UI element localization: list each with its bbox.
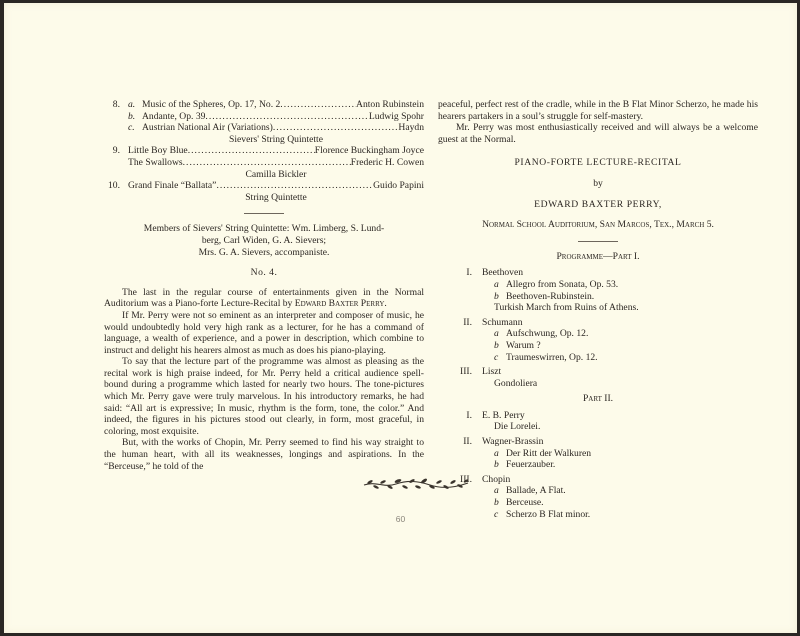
article-paragraph: If Mr. Perry were not so eminent as an i… <box>104 310 424 356</box>
programme-item: aAufschwung, Op. 12. <box>438 328 758 340</box>
dot-leader <box>205 111 368 123</box>
part-2-heading: Part II. <box>438 393 758 405</box>
item-letter: b <box>494 459 499 471</box>
entry-number: 8. <box>104 99 120 111</box>
item-letter: a <box>494 448 499 460</box>
item-letter: b <box>494 340 499 352</box>
programme-item: bBeethoven-Rubinstein. <box>438 291 758 303</box>
roman-numeral: III. <box>438 366 472 378</box>
entry-line: Andante, Op. 39Ludwig Spohr <box>128 111 424 123</box>
item-letter: a <box>494 485 499 497</box>
item-title: Warum ? <box>494 340 541 351</box>
item-title: Feuerzauber. <box>494 459 555 470</box>
programme-item: bWarum ? <box>438 340 758 352</box>
leafy-vine-ornament-icon <box>362 477 470 491</box>
entry-letter: a. <box>128 99 135 111</box>
dot-leader <box>183 157 351 169</box>
article-paragraph: The last in the regular course of entert… <box>104 287 424 310</box>
roman-numeral: I. <box>438 410 472 422</box>
entry-letter: c. <box>128 122 135 134</box>
dot-leader <box>280 99 356 111</box>
article-body: The last in the regular course of entert… <box>104 287 424 473</box>
program-entry: 9.Little Boy BlueFlorence Buckingham Joy… <box>104 145 424 157</box>
roman-numeral: II. <box>438 317 472 329</box>
performer-name: Camilla Bickler <box>104 169 424 181</box>
composer-name: Beethoven <box>438 267 758 279</box>
program-entry: b.Andante, Op. 39Ludwig Spohr <box>104 111 424 123</box>
piece-composer: Anton Rubinstein <box>356 99 424 111</box>
page-number: 60 <box>4 514 797 524</box>
right-column: peaceful, perfect rest of the cradle, wh… <box>438 99 758 523</box>
recital-by: by <box>438 178 758 190</box>
programme-item: cTraumeswirren, Op. 12. <box>438 352 758 364</box>
programme-group: III.LisztGondoliera <box>438 366 758 389</box>
article-paragraph: To say that the lecture part of the prog… <box>104 356 424 437</box>
entry-line: Austrian National Air (Variations)Haydn <box>128 122 424 134</box>
concert-program-list: 8.a.Music of the Spheres, Op. 17, No. 2A… <box>104 99 424 203</box>
item-letter: a <box>494 328 499 340</box>
entry-letter: b. <box>128 111 135 123</box>
programme-part-1: I.BeethovenaAllegro from Sonata, Op. 53.… <box>438 267 758 389</box>
article-continuation: peaceful, perfect rest of the cradle, wh… <box>438 99 758 145</box>
roman-numeral: I. <box>438 267 472 279</box>
left-column: 8.a.Music of the Spheres, Op. 17, No. 2A… <box>104 99 424 472</box>
article-paragraph: But, with the works of Chopin, Mr. Perry… <box>104 437 424 472</box>
programme-group: I.E. B. PerryDie Lorelei. <box>438 410 758 433</box>
piece-title: Andante, Op. 39 <box>142 111 205 123</box>
item-title: Der Ritt der Walkuren <box>494 448 591 459</box>
performer-name: Sievers' String Quintette <box>104 134 424 146</box>
composer-name: Chopin <box>438 474 758 486</box>
program-entry: c.Austrian National Air (Variations)Hayd… <box>104 122 424 134</box>
composer-name: Schumann <box>438 317 758 329</box>
recital-title: PIANO-FORTE LECTURE-RECITAL <box>438 157 758 169</box>
divider-rule <box>578 241 618 242</box>
piece-title: Austrian National Air (Variations) <box>142 122 273 134</box>
piece-composer: Ludwig Spohr <box>369 111 424 123</box>
entry-line: Grand Finale “Ballata”Guido Papini <box>128 180 424 192</box>
piece-composer: Frederic H. Cowen <box>351 157 424 169</box>
item-title: Turkish March from Ruins of Athens. <box>438 302 758 314</box>
book-page: 8.a.Music of the Spheres, Op. 17, No. 2A… <box>4 3 797 633</box>
divider-rule <box>244 213 284 214</box>
performer-name: String Quintette <box>104 192 424 204</box>
item-title: Traumeswirren, Op. 12. <box>494 352 598 363</box>
programme-part-2: I.E. B. PerryDie Lorelei.II.Wagner-Brass… <box>438 410 758 520</box>
person-name: Edward Baxter Perry <box>295 298 385 309</box>
dot-leader <box>216 180 373 192</box>
program-entry: The SwallowsFrederic H. Cowen <box>104 157 424 169</box>
members-line-3: Mrs. G. A. Sievers, accompaniste. <box>104 247 424 259</box>
part-1-heading: Programme—Part I. <box>438 251 758 263</box>
composer-name: Liszt <box>438 366 758 378</box>
programme-item: bFeuerzauber. <box>438 459 758 471</box>
entry-number: 9. <box>104 145 120 157</box>
item-title: Aufschwung, Op. 12. <box>494 328 588 339</box>
dot-leader <box>188 145 315 157</box>
item-title: Gondoliera <box>438 378 758 390</box>
members-line-2: berg, Carl Widen, G. A. Sievers; <box>104 235 424 247</box>
item-letter: b <box>494 291 499 303</box>
section-heading: No. 4. <box>104 267 424 279</box>
piece-composer: Haydn <box>398 122 424 134</box>
performer-name: EDWARD BAXTER PERRY, <box>438 199 758 211</box>
members-line-1: Members of Sievers' String Quintette: Wm… <box>104 223 424 235</box>
dot-leader <box>273 122 399 134</box>
piece-title: Grand Finale “Ballata” <box>128 180 216 192</box>
composer-name: Wagner-Brassin <box>438 436 758 448</box>
programme-group: II.SchumannaAufschwung, Op. 12.bWarum ?c… <box>438 317 758 363</box>
item-title: Berceuse. <box>494 497 544 508</box>
piece-composer: Guido Papini <box>373 180 424 192</box>
programme-group: II.Wagner-BrassinaDer Ritt der Walkurenb… <box>438 436 758 471</box>
piece-title: The Swallows <box>128 157 183 169</box>
item-letter: b <box>494 497 499 509</box>
item-title: Allegro from Sonata, Op. 53. <box>494 279 618 290</box>
programme-item: aAllegro from Sonata, Op. 53. <box>438 279 758 291</box>
continuation-paragraph: peaceful, perfect rest of the cradle, wh… <box>438 99 758 122</box>
item-title: Beethoven-Rubinstein. <box>494 291 594 302</box>
entry-number: 10. <box>104 180 120 192</box>
piece-composer: Florence Buckingham Joyce <box>315 145 424 157</box>
entry-line: Little Boy BlueFlorence Buckingham Joyce <box>128 145 424 157</box>
programme-item: aDer Ritt der Walkuren <box>438 448 758 460</box>
item-letter: c <box>494 352 498 364</box>
item-title: Die Lorelei. <box>438 421 758 433</box>
entry-line: The SwallowsFrederic H. Cowen <box>128 157 424 169</box>
item-letter: a <box>494 279 499 291</box>
programme-item: aBallade, A Flat. <box>438 485 758 497</box>
roman-numeral: II. <box>438 436 472 448</box>
entry-line: Music of the Spheres, Op. 17, No. 2Anton… <box>128 99 424 111</box>
program-entry: 10.Grand Finale “Ballata”Guido Papini <box>104 180 424 192</box>
closing-paragraph: Mr. Perry was most enthusiastically rece… <box>438 122 758 145</box>
venue-line: Normal School Auditorium, San Marcos, Te… <box>438 219 758 231</box>
quintette-members: Members of Sievers' String Quintette: Wm… <box>104 223 424 258</box>
piece-title: Little Boy Blue <box>128 145 188 157</box>
program-entry: 8.a.Music of the Spheres, Op. 17, No. 2A… <box>104 99 424 111</box>
composer-name: E. B. Perry <box>438 410 758 422</box>
item-title: Ballade, A Flat. <box>494 485 566 496</box>
programme-item: bBerceuse. <box>438 497 758 509</box>
programme-group: I.BeethovenaAllegro from Sonata, Op. 53.… <box>438 267 758 313</box>
piece-title: Music of the Spheres, Op. 17, No. 2 <box>142 99 280 111</box>
